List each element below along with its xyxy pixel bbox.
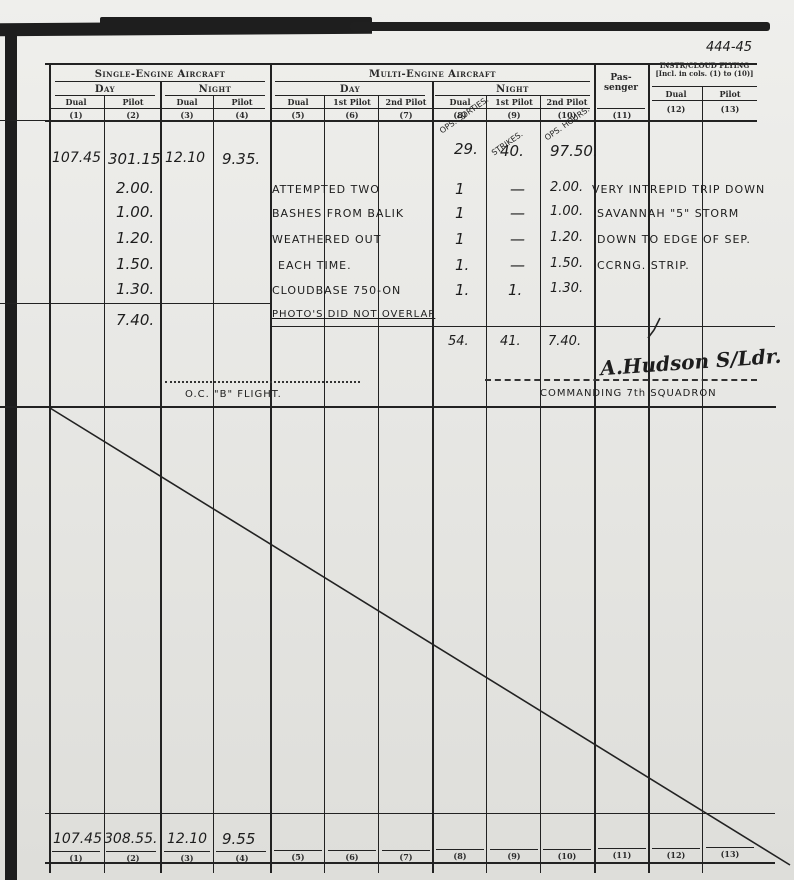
total-col-1: 107.45 (53, 831, 102, 847)
logbook-page: 444-45 Single-Engine Aircraft Multi-Engi… (0, 0, 794, 880)
total-col-3: 12.10 (167, 831, 207, 847)
check-mark-icon (0, 0, 794, 880)
total-col-4: 9.55 (222, 830, 255, 848)
total-col-2: 308.55. (104, 831, 157, 847)
